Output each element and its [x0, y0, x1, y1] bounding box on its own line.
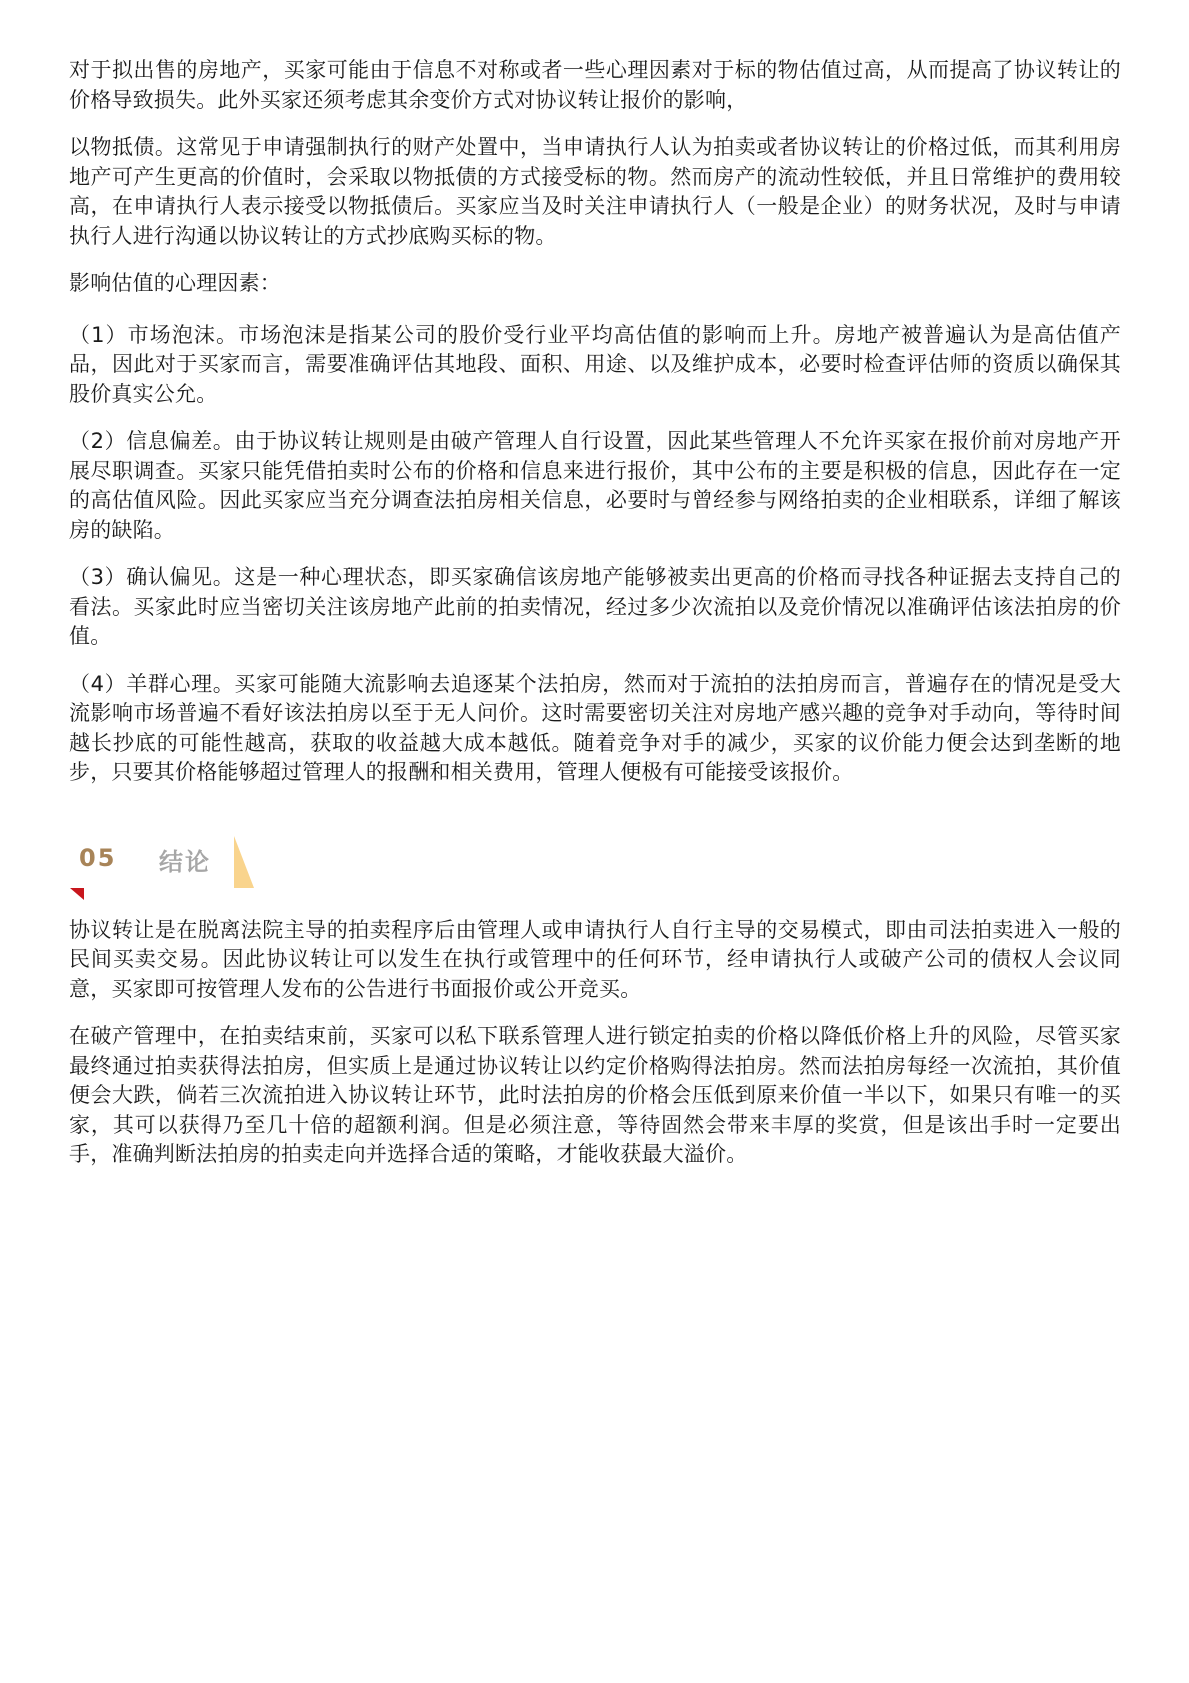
paragraph-information-bias: （2）信息偏差。由于协议转让规则是由破产管理人自行设置，因此某些管理人不允许买家…	[69, 427, 1121, 545]
yellow-triangle-decoration-icon	[234, 836, 254, 888]
paragraph-conclusion-definition: 协议转让是在脱离法院主导的拍卖程序后由管理人或申请执行人自行主导的交易模式，即由…	[69, 916, 1121, 1005]
paragraph-herd-mentality: （4）羊群心理。买家可能随大流影响去追逐某个法拍房，然而对于流拍的法拍房而言，普…	[69, 670, 1121, 788]
paragraph-conclusion-strategy: 在破产管理中，在拍卖结束前，买家可以私下联系管理人进行锁定拍卖的价格以降低价格上…	[69, 1022, 1121, 1170]
document-page: 对于拟出售的房地产，买家可能由于信息不对称或者一些心理因素对于标的物估值过高，从…	[69, 56, 1121, 1170]
paragraph-psych-factors-heading: 影响估值的心理因素：	[69, 269, 1121, 299]
paragraph-pricing-risk: 对于拟出售的房地产，买家可能由于信息不对称或者一些心理因素对于标的物估值过高，从…	[69, 56, 1121, 115]
section-heading-conclusion: 05 结论	[69, 836, 1121, 902]
paragraph-market-bubble: （1）市场泡沫。市场泡沫是指某公司的股价受行业平均高估值的影响而上升。房地产被普…	[69, 321, 1121, 410]
paragraph-confirmation-bias: （3）确认偏见。这是一种心理状态，即买家确信该房地产能够被卖出更高的价格而寻找各…	[69, 563, 1121, 652]
section-number: 05	[79, 844, 116, 872]
section-title: 结论	[159, 842, 211, 877]
red-corner-decoration-icon	[70, 888, 84, 900]
paragraph-debt-settlement: 以物抵债。这常见于申请强制执行的财产处置中，当申请执行人认为拍卖或者协议转让的价…	[69, 133, 1121, 251]
